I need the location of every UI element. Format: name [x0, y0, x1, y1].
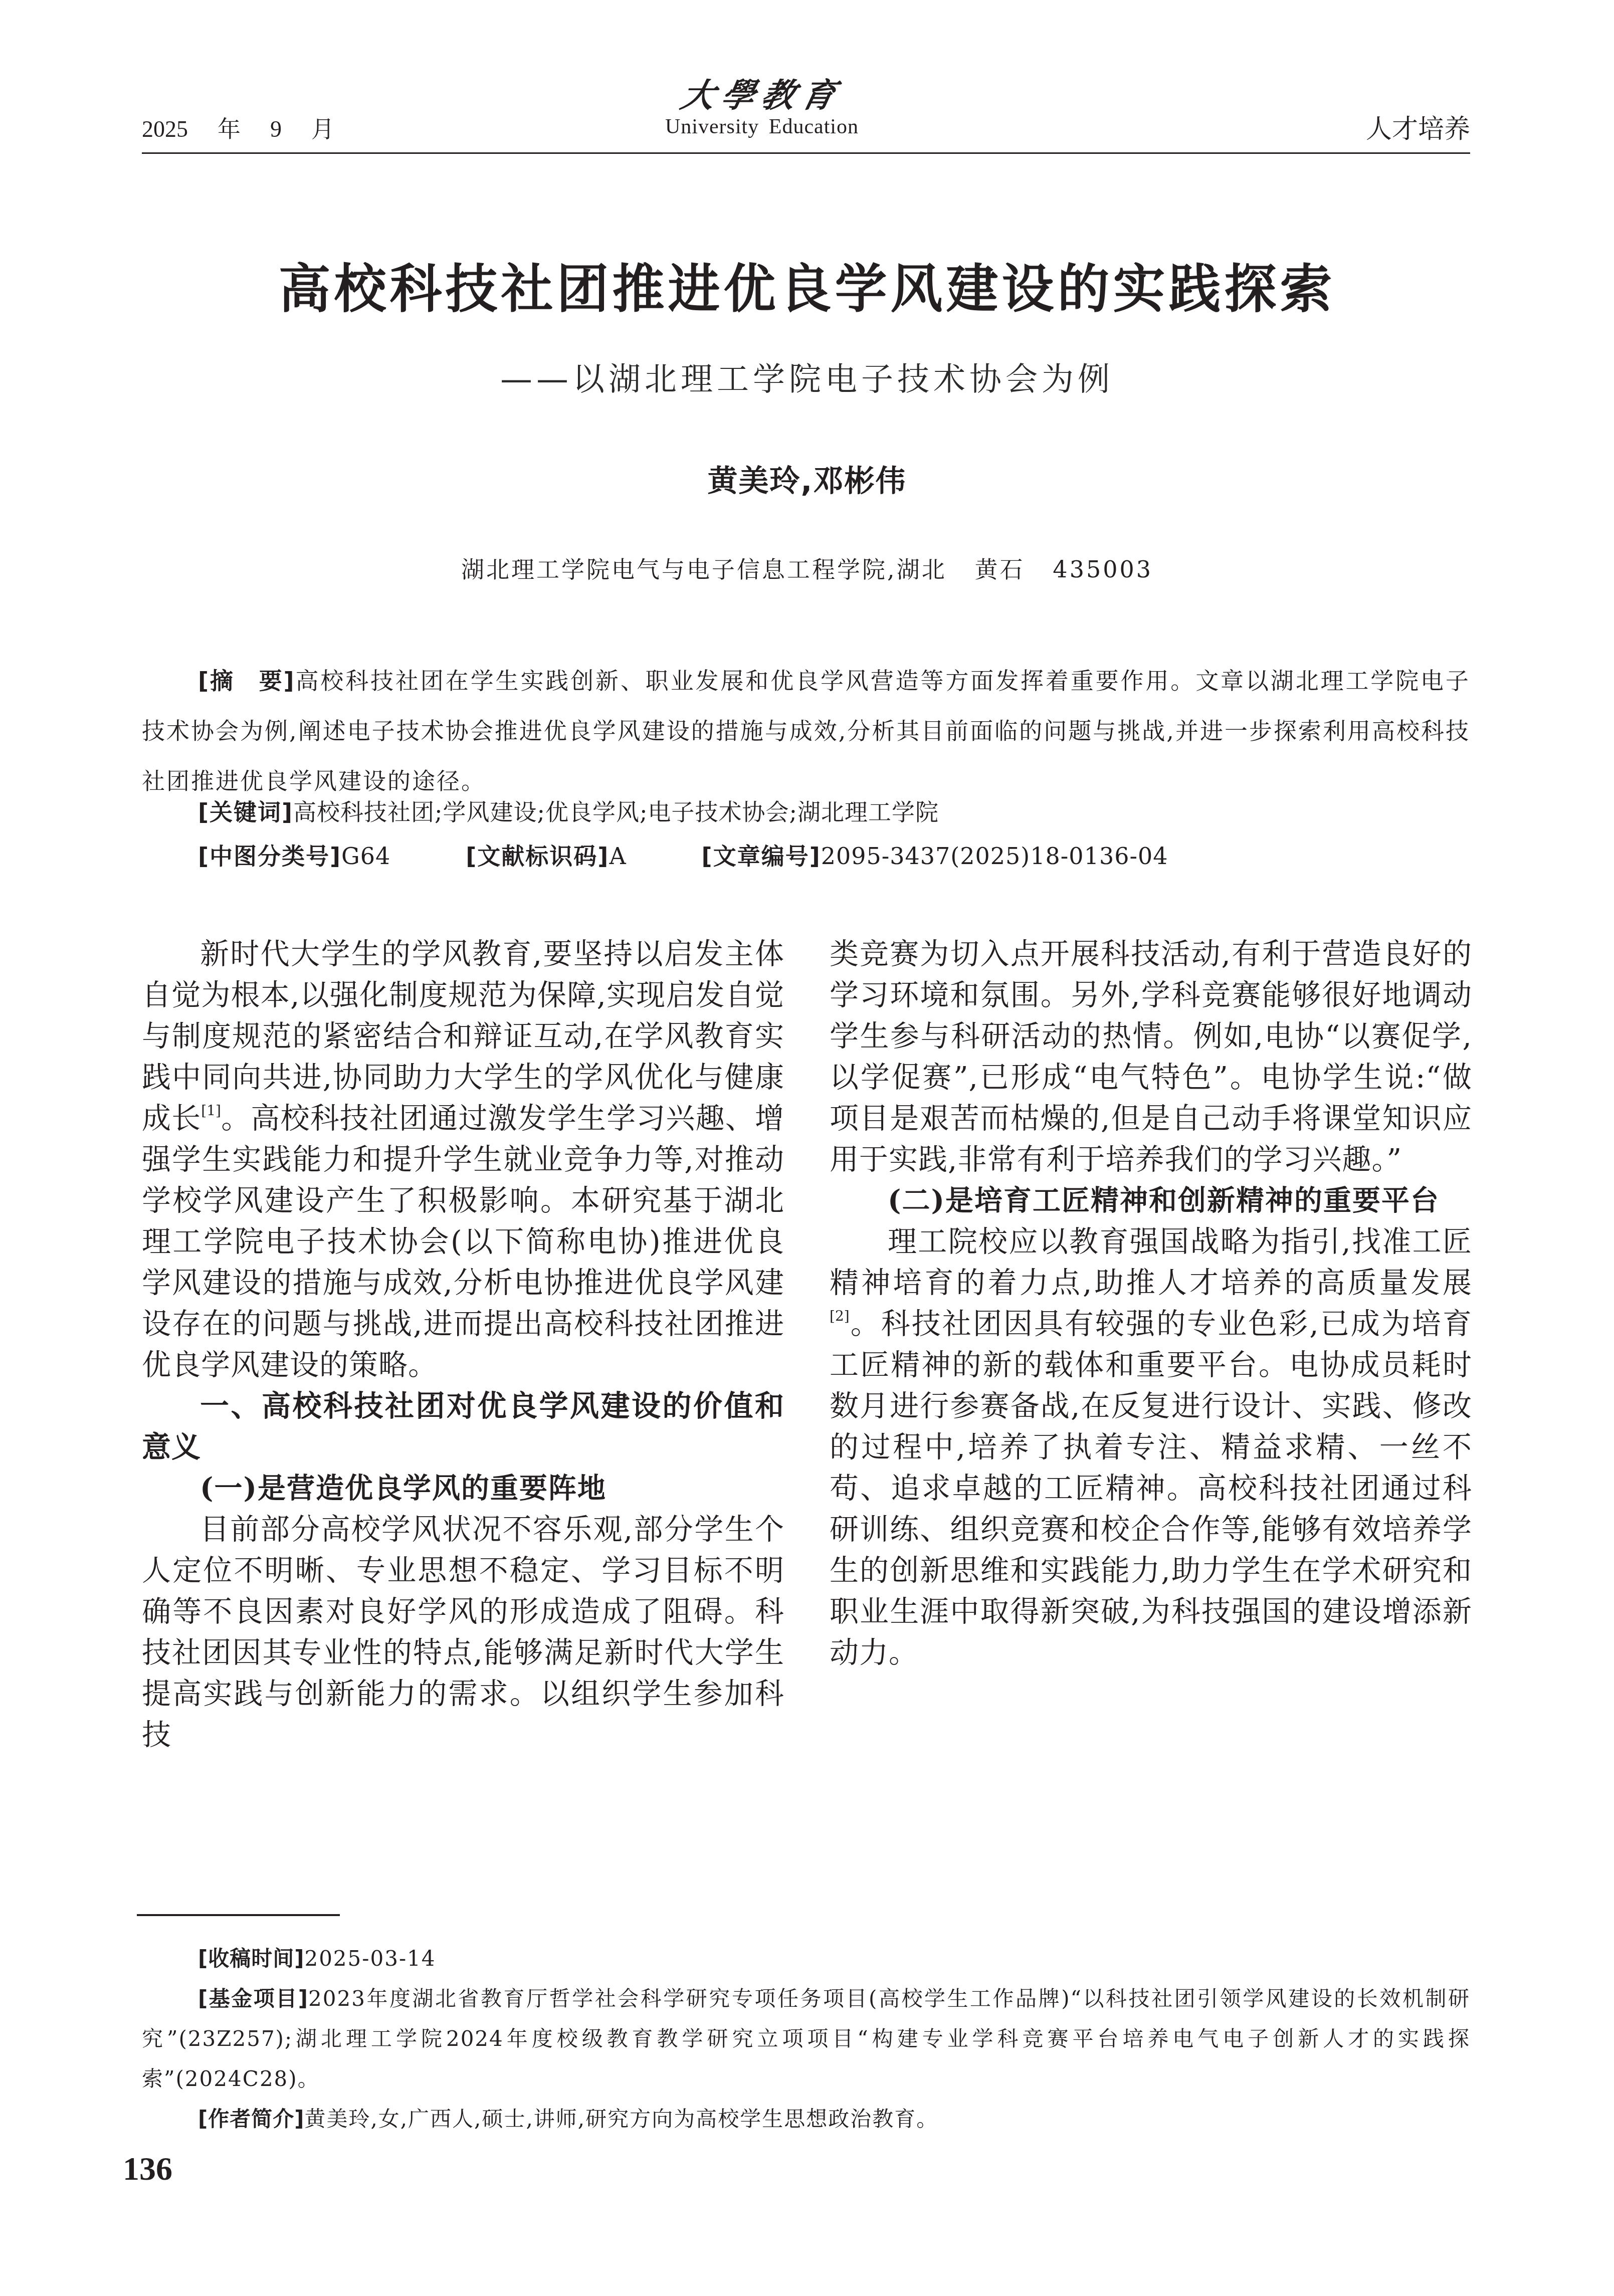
keywords-text: 高校科技社团;学风建设;优良学风;电子技术协会;湖北理工学院	[293, 798, 939, 825]
article-no-label: [文章编号]	[702, 843, 821, 870]
classification-line: [中图分类号]G64[文献标识码]A[文章编号]2095-3437(2025)1…	[198, 840, 1471, 872]
footnotes: [收稿时间]2025-03-14 [基金项目]2023年度湖北省教育厅哲学社会科…	[142, 1939, 1470, 2139]
subsection-heading-1: (一)是营造优良学风的重要阵地	[142, 1468, 784, 1509]
keywords: [关键词]高校科技社团;学风建设;优良学风;电子技术协会;湖北理工学院	[198, 796, 1471, 828]
paragraph-intro: 新时代大学生的学风教育,要坚持以启发主体自觉为根本,以强化制度规范为保障,实现启…	[142, 933, 784, 1385]
abstract-label: [摘 要]	[198, 667, 295, 694]
author-affiliation: 湖北理工学院电气与电子信息工程学院,湖北 黄石 435003	[0, 553, 1614, 585]
article-title: 高校科技社团推进优良学风建设的实践探索	[0, 257, 1614, 322]
footnote-fund: [基金项目]2023年度湖北省教育厅哲学社会科学研究专项任务项目(高校学生工作品…	[142, 1979, 1470, 2099]
body-column-right: 类竞赛为切入点开展科技活动,有利于营造良好的学习环境和氛围。另外,学科竞赛能够很…	[830, 933, 1472, 1673]
section-heading-1: 一、高校科技社团对优良学风建设的价值和意义	[142, 1385, 784, 1468]
paragraph-1-1: 目前部分高校学风状况不容乐观,部分学生个人定位不明晰、专业思想不稳定、学习目标不…	[142, 1509, 784, 1755]
body-column-left: 新时代大学生的学风教育,要坚持以启发主体自觉为根本,以强化制度规范为保障,实现启…	[142, 933, 784, 1755]
page-number: 136	[123, 2149, 172, 2189]
doc-code-label: [文献标识码]	[466, 843, 609, 870]
clc-value: G64	[341, 843, 390, 870]
journal-logo: 大學教育	[652, 75, 871, 115]
paragraph-1-2: 理工院校应以教育强国战略为指引,找准工匠精神培育的着力点,助推人才培养的高质量发…	[830, 1221, 1472, 1673]
citation-ref-2[interactable]: [2]	[830, 1308, 850, 1324]
paragraph-text: 理工院校应以教育强国战略为指引,找准工匠精神培育的着力点,助推人才培养的高质量发…	[830, 1224, 1472, 1300]
footnote-value: 黄美玲,女,广西人,硕士,讲师,研究方向为高校学生思想政治教育。	[304, 2107, 938, 2131]
doc-code-value: A	[609, 843, 626, 870]
footnote-divider	[137, 1914, 340, 1916]
footnote-value: 2025-03-14	[304, 1946, 436, 1971]
paragraph-text: 。科技社团因具有较强的专业色彩,已成为培育工匠精神的新的载体和重要平台。电协成员…	[830, 1307, 1472, 1669]
footnote-author: [作者简介]黄美玲,女,广西人,硕士,讲师,研究方向为高校学生思想政治教育。	[142, 2099, 1470, 2139]
footnote-received: [收稿时间]2025-03-14	[142, 1939, 1470, 1979]
article-subtitle: ——以湖北理工学院电子技术协会为例	[0, 357, 1614, 402]
article-no-value: 2095-3437(2025)18-0136-04	[821, 843, 1168, 870]
article-authors: 黄美玲,邓彬伟	[0, 461, 1614, 501]
footnote-value: 2023年度湖北省教育厅哲学社会科学研究专项任务项目(高校学生工作品牌)“以科技…	[142, 1986, 1470, 2091]
keywords-label: [关键词]	[198, 798, 293, 825]
journal-name-en: University Education	[622, 114, 902, 139]
clc-label: [中图分类号]	[198, 843, 341, 870]
issue-date: 2025 年 9 月	[142, 114, 334, 144]
abstract: [摘 要]高校科技社团在学生实践创新、职业发展和优良学风营造等方面发挥着重要作用…	[142, 656, 1470, 806]
footnote-label: [收稿时间]	[198, 1946, 304, 1971]
header-divider	[142, 152, 1470, 154]
section-label: 人才培养	[1366, 113, 1470, 145]
footnote-label: [基金项目]	[198, 1986, 308, 2011]
footnote-label: [作者简介]	[198, 2107, 304, 2131]
paragraph-1-1-continued: 类竞赛为切入点开展科技活动,有利于营造良好的学习环境和氛围。另外,学科竞赛能够很…	[830, 933, 1472, 1180]
paragraph-text: 。高校科技社团通过激发学生学习兴趣、增强学生实践能力和提升学生就业竞争力等,对推…	[142, 1101, 784, 1382]
subsection-heading-2: (二)是培育工匠精神和创新精神的重要平台	[830, 1180, 1472, 1221]
citation-ref-1[interactable]: [1]	[201, 1102, 221, 1119]
abstract-text: 高校科技社团在学生实践创新、职业发展和优良学风营造等方面发挥着重要作用。文章以湖…	[142, 667, 1470, 794]
